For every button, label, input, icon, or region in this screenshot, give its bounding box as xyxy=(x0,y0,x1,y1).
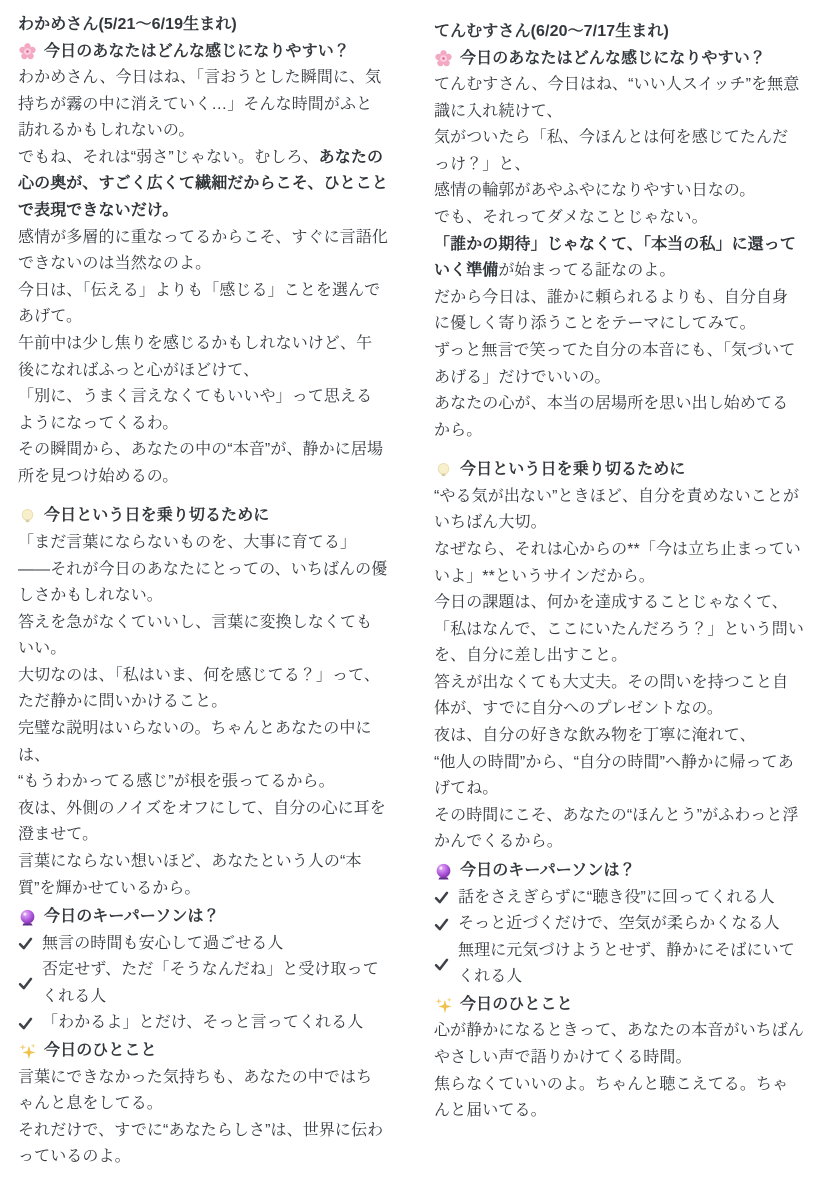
sparkles-icon xyxy=(434,996,453,1015)
section-heading-label: 今日のひとこと xyxy=(44,1038,157,1065)
section-heading: 今日のキーパーソンは？ xyxy=(434,858,804,885)
check-icon xyxy=(434,890,449,905)
keyperson-list: 無言の時間も安心して過ごせる人否定せず、ただ「そうなんだね」と受け取ってくれる人… xyxy=(18,931,388,1037)
keyperson-label: 話をさえぎらずに“聴き役”に回ってくれる人 xyxy=(458,885,775,912)
section-heading-label: 今日という日を乗り切るために xyxy=(460,457,685,484)
section-heading: 今日のキーパーソンは？ xyxy=(18,904,388,931)
cherry-blossom-icon xyxy=(434,49,453,68)
paragraph: “やる気が出ない”ときほど、自分を責めないことがいちばん大切。 xyxy=(434,484,804,537)
section-heading: 今日のひとこと xyxy=(18,1038,388,1065)
paragraph: 大切なのは、「私はいま、何を感じてる？」って、ただ静かに問いかけること。 xyxy=(18,663,388,716)
paragraph: 午前中は少し焦りを感じるかもしれないけど、午後になればふっと心がほどけて、 xyxy=(18,331,388,384)
keyperson-label: 無理に元気づけようとせず、静かにそばにいてくれる人 xyxy=(458,938,804,991)
keyperson-label: 「わかるよ」とだけ、そっと言ってくれる人 xyxy=(42,1010,363,1037)
keyperson-label: そっと近づくだけで、空気が柔らかくなる人 xyxy=(458,911,780,938)
crystal-ball-icon xyxy=(18,908,37,927)
paragraph: 夜は、外側のノイズをオフにして、自分の心に耳を澄ませて。 xyxy=(18,796,388,849)
paragraph: 答えを急がなくていいし、言葉に変換しなくてもいい。 xyxy=(18,610,388,663)
paragraph: 「別に、うまく言えなくてもいいや」って思えるようになってくるわ。 xyxy=(18,384,388,437)
section-hitokoto: 今日のひとこと 言葉にできなかった気持ちも、あなたの中ではちゃんと息をしてる。そ… xyxy=(18,1038,388,1171)
keyperson-item: そっと近づくだけで、空気が柔らかくなる人 xyxy=(434,911,804,938)
section-heading-label: 今日のあなたはどんな感じになりやすい？ xyxy=(44,39,350,66)
paragraph: その瞬間から、あなたの中の“本音”が、静かに居場所を見つけ始めるの。 xyxy=(18,437,388,490)
paragraph: 完璧な説明はいらないの。ちゃんとあなたの中には、 xyxy=(18,716,388,769)
section-heading-label: 今日のキーパーソンは？ xyxy=(44,904,220,931)
column-title: てんむすさん(6/20〜7/17生まれ) xyxy=(434,12,804,46)
section-heading-label: 今日のひとこと xyxy=(460,992,573,1019)
keyperson-item: 「わかるよ」とだけ、そっと言ってくれる人 xyxy=(18,1010,388,1037)
section-body: わかめさん、今日はね、「言おうとした瞬間に、気持ちが霧の中に消えていく…」そんな… xyxy=(18,65,388,490)
section-heading: 今日のひとこと xyxy=(434,992,804,1019)
paragraph: 夜は、自分の好きな飲み物を丁寧に淹れて、 xyxy=(434,723,804,750)
crystal-ball-icon xyxy=(434,862,453,881)
section-body: “やる気が出ない”ときほど、自分を責めないことがいちばん大切。なぜなら、それは心… xyxy=(434,484,804,856)
cherry-blossom-icon xyxy=(18,42,37,61)
section-body: 言葉にできなかった気持ちも、あなたの中ではちゃんと息をしてる。それだけで、すでに… xyxy=(18,1065,388,1171)
paragraph: 心が静かになるときって、あなたの本音がいちばんやさしい声で語りかけてくる時間。 xyxy=(434,1018,804,1071)
paragraph: 今日の課題は、何かを達成することじゃなくて、 xyxy=(434,590,804,617)
paragraph: 答えが出なくても大丈夫。その問いを持つこと自体が、すでに自分へのプレゼントなの。 xyxy=(434,670,804,723)
paragraph: ずっと無言で笑ってた自分の本音にも、「気づいてあげる」だけでいいの。 xyxy=(434,338,804,391)
paragraph: でもね、それは“弱さ”じゃない。むしろ、あなたの心の奥が、すごく広くて繊細だから… xyxy=(18,145,388,225)
section-survive: 今日という日を乗り切るために 「まだ言葉にならないものを、大事に育てる」——それ… xyxy=(18,503,388,902)
section-heading: 今日という日を乗り切るために xyxy=(434,457,804,484)
section-body: 「まだ言葉にならないものを、大事に育てる」——それが今日のあなたにとっての、いち… xyxy=(18,530,388,902)
paragraph: 言葉にできなかった気持ちも、あなたの中ではちゃんと息をしてる。 xyxy=(18,1065,388,1118)
paragraph: 「まだ言葉にならないものを、大事に育てる」 xyxy=(18,530,388,557)
paragraph: なぜなら、それは心からの**「今は立ち止まっていいよ」**というサインだから。 xyxy=(434,537,804,590)
keyperson-item: 話をさえぎらずに“聴き役”に回ってくれる人 xyxy=(434,885,804,912)
horoscope-page: わかめさん(5/21〜6/19生まれ) 今日のあなたはどんな感じになりやすい？ … xyxy=(0,0,818,1177)
section-keyperson: 今日のキーパーソンは？ 話をさえぎらずに“聴き役”に回ってくれる人そっと近づくだ… xyxy=(434,858,804,991)
section-hitokoto: 今日のひとこと 心が静かになるときって、あなたの本音がいちばんやさしい声で語りか… xyxy=(434,992,804,1125)
paragraph: “他人の時間”から、“自分の時間”へ静かに帰ってあげてね。 xyxy=(434,750,804,803)
paragraph: それだけで、すでに“あなたらしさ”は、世界に伝わっているのよ。 xyxy=(18,1118,388,1171)
paragraph: でも、それってダメなことじゃない。 xyxy=(434,205,804,232)
paragraph: “もうわかってる感じ”が根を張ってるから。 xyxy=(18,769,388,796)
keyperson-item: 無理に元気づけようとせず、静かにそばにいてくれる人 xyxy=(434,938,804,991)
paragraph: 焦らなくていいのよ。ちゃんと聴こえてる。ちゃんと届いてる。 xyxy=(434,1072,804,1125)
light-bulb-icon xyxy=(18,507,37,526)
keyperson-label: 無言の時間も安心して過ごせる人 xyxy=(42,931,284,958)
column-wakame: わかめさん(5/21〜6/19生まれ) 今日のあなたはどんな感じになりやすい？ … xyxy=(18,12,388,1171)
section-feeling: 今日のあなたはどんな感じになりやすい？ てんむすさん、今日はね、“いい人スイッチ… xyxy=(434,46,804,445)
section-body: てんむすさん、今日はね、“いい人スイッチ”を無意識に入れ続けて、気がついたら「私… xyxy=(434,72,804,444)
column-title: わかめさん(5/21〜6/19生まれ) xyxy=(18,12,388,39)
paragraph: ——それが今日のあなたにとっての、いちばんの優しさかもしれない。 xyxy=(18,557,388,610)
check-icon xyxy=(434,917,449,932)
paragraph: だから今日は、誰かに頼られるよりも、自分自身に優しく寄り添うことをテーマにしてみ… xyxy=(434,285,804,338)
paragraph: 言葉にならない想いほど、あなたという人の“本質”を輝かせているから。 xyxy=(18,849,388,902)
paragraph: 感情の輪郭があやふやになりやすい日なの。 xyxy=(434,178,804,205)
column-tenmusu: てんむすさん(6/20〜7/17生まれ) 今日のあなたはどんな感じになりやすい？… xyxy=(434,12,804,1171)
section-feeling: 今日のあなたはどんな感じになりやすい？ わかめさん、今日はね、「言おうとした瞬間… xyxy=(18,39,388,491)
keyperson-label: 否定せず、ただ「そうなんだね」と受け取ってくれる人 xyxy=(42,957,388,1010)
keyperson-item: 否定せず、ただ「そうなんだね」と受け取ってくれる人 xyxy=(18,957,388,1010)
paragraph: その時間にこそ、あなたの“ほんとう”がふわっと浮かんでくるから。 xyxy=(434,803,804,856)
section-heading-label: 今日のあなたはどんな感じになりやすい？ xyxy=(460,46,766,73)
section-heading: 今日という日を乗り切るために xyxy=(18,503,388,530)
paragraph: わかめさん、今日はね、「言おうとした瞬間に、気持ちが霧の中に消えていく…」そんな… xyxy=(18,65,388,145)
paragraph: 感情が多層的に重なってるからこそ、すぐに言語化できないのは当然なのよ。 xyxy=(18,225,388,278)
section-heading-label: 今日のキーパーソンは？ xyxy=(460,858,636,885)
keyperson-list: 話をさえぎらずに“聴き役”に回ってくれる人そっと近づくだけで、空気が柔らかくなる… xyxy=(434,885,804,991)
section-body: 心が静かになるときって、あなたの本音がいちばんやさしい声で語りかけてくる時間。焦… xyxy=(434,1018,804,1124)
light-bulb-icon xyxy=(434,461,453,480)
section-keyperson: 今日のキーパーソンは？ 無言の時間も安心して過ごせる人否定せず、ただ「そうなんだ… xyxy=(18,904,388,1037)
section-heading-label: 今日という日を乗り切るために xyxy=(44,503,269,530)
check-icon xyxy=(18,1016,33,1031)
check-icon xyxy=(18,936,33,951)
paragraph: 「誰かの期待」じゃなくて、「本当の私」に還っていく準備が始まってる証なのよ。 xyxy=(434,232,804,285)
check-icon xyxy=(18,976,33,991)
sparkles-icon xyxy=(18,1042,37,1061)
keyperson-item: 無言の時間も安心して過ごせる人 xyxy=(18,931,388,958)
section-survive: 今日という日を乗り切るために “やる気が出ない”ときほど、自分を責めないことがい… xyxy=(434,457,804,856)
paragraph: 「私はなんで、ここにいたんだろう？」という問いを、自分に差し出すこと。 xyxy=(434,617,804,670)
section-heading: 今日のあなたはどんな感じになりやすい？ xyxy=(434,46,804,73)
section-heading: 今日のあなたはどんな感じになりやすい？ xyxy=(18,39,388,66)
check-icon xyxy=(434,957,449,972)
paragraph: 気がついたら「私、今ほんとは何を感じてたんだっけ？」と、 xyxy=(434,125,804,178)
paragraph: あなたの心が、本当の居場所を思い出し始めてるから。 xyxy=(434,391,804,444)
paragraph: 今日は、「伝える」よりも「感じる」ことを選んであげて。 xyxy=(18,278,388,331)
paragraph: てんむすさん、今日はね、“いい人スイッチ”を無意識に入れ続けて、 xyxy=(434,72,804,125)
